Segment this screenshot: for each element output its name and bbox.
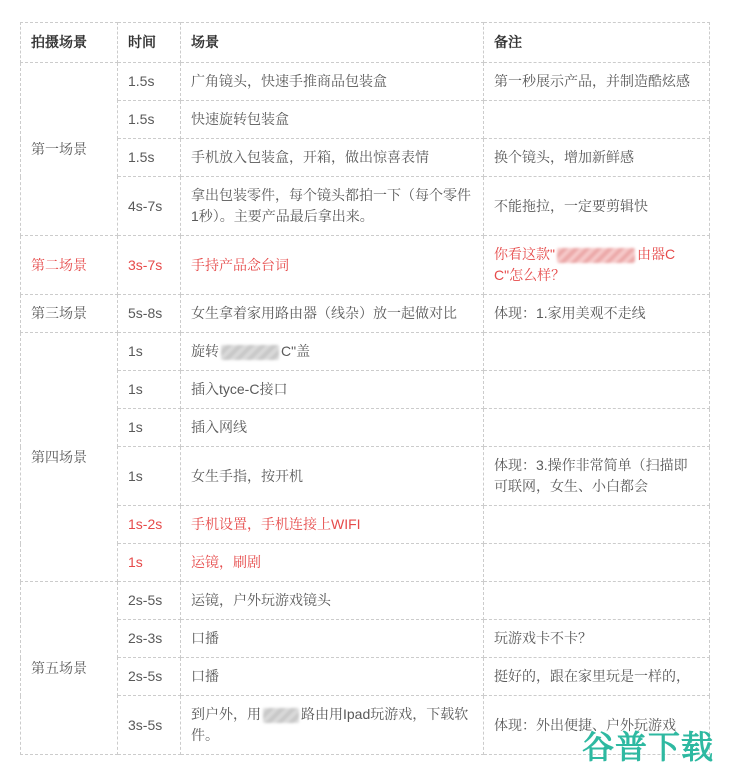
table-row: 第二场景3s-7s手持产品念台词你看这款"由器CC"怎么样？ [21, 236, 710, 295]
table-row: 第一场景1.5s广角镜头，快速手推商品包装盒第一秒展示产品，并制造酷炫感 [21, 63, 710, 101]
table-row: 2s-3s口播玩游戏卡不卡？ [21, 620, 710, 658]
table-body: 第一场景1.5s广角镜头，快速手推商品包装盒第一秒展示产品，并制造酷炫感1.5s… [21, 63, 710, 755]
time-cell: 1s [118, 333, 181, 371]
table-row: 1s插入网线 [21, 409, 710, 447]
scene-group-cell: 第一场景 [21, 63, 118, 236]
scene-cell: 旋转C"盖 [181, 333, 484, 371]
table-row: 第五场景2s-5s运镜，户外玩游戏镜头 [21, 582, 710, 620]
redacted-blur [557, 248, 635, 263]
scene-cell: 女生拿着家用路由器（线杂）放一起做对比 [181, 295, 484, 333]
scene-cell: 快速旋转包装盒 [181, 101, 484, 139]
note-cell [484, 544, 710, 582]
scene-group-cell: 第二场景 [21, 236, 118, 295]
scene-cell: 女生手指，按开机 [181, 447, 484, 506]
note-cell [484, 333, 710, 371]
scene-cell: 插入tyce-C接口 [181, 371, 484, 409]
time-cell: 1.5s [118, 101, 181, 139]
redacted-blur [263, 708, 299, 723]
note-cell [484, 409, 710, 447]
note-cell: 不能拖拉，一定要剪辑快 [484, 177, 710, 236]
time-cell: 3s-7s [118, 236, 181, 295]
scene-cell: 广角镜头，快速手推商品包装盒 [181, 63, 484, 101]
scene-cell: 拿出包装零件，每个镜头都拍一下（每个零件1秒）。主要产品最后拿出来。 [181, 177, 484, 236]
scene-cell: 口播 [181, 620, 484, 658]
time-cell: 1.5s [118, 139, 181, 177]
note-cell: 换个镜头，增加新鲜感 [484, 139, 710, 177]
note-cell: 挺好的，跟在家里玩是一样的， [484, 658, 710, 696]
scene-cell: 手机设置，手机连接上WIFI [181, 506, 484, 544]
table-row: 1s女生手指，按开机体现：3.操作非常简单（扫描即可联网，女生、小白都会 [21, 447, 710, 506]
header-scene: 场景 [181, 23, 484, 63]
note-cell: 体现：1.家用美观不走线 [484, 295, 710, 333]
note-cell [484, 582, 710, 620]
table-row: 2s-5s口播挺好的，跟在家里玩是一样的， [21, 658, 710, 696]
note-cell [484, 371, 710, 409]
table-row: 4s-7s拿出包装零件，每个镜头都拍一下（每个零件1秒）。主要产品最后拿出来。不… [21, 177, 710, 236]
header-shooting-scene: 拍摄场景 [21, 23, 118, 63]
table-row: 第四场景1s旋转C"盖 [21, 333, 710, 371]
time-cell: 1s [118, 544, 181, 582]
note-cell [484, 506, 710, 544]
table-row: 1s-2s手机设置，手机连接上WIFI [21, 506, 710, 544]
note-cell: 玩游戏卡不卡？ [484, 620, 710, 658]
note-cell: 你看这款"由器CC"怎么样？ [484, 236, 710, 295]
header-note: 备注 [484, 23, 710, 63]
site-watermark: 谷普下载 [582, 722, 714, 768]
redacted-blur [221, 345, 279, 360]
note-cell: 体现：3.操作非常简单（扫描即可联网，女生、小白都会 [484, 447, 710, 506]
shooting-script-table: 拍摄场景 时间 场景 备注 第一场景1.5s广角镜头，快速手推商品包装盒第一秒展… [20, 22, 710, 755]
table-row: 1.5s手机放入包装盒，开箱，做出惊喜表情换个镜头，增加新鲜感 [21, 139, 710, 177]
header-time: 时间 [118, 23, 181, 63]
scene-cell: 插入网线 [181, 409, 484, 447]
table-row: 1s运镜，刷剧 [21, 544, 710, 582]
time-cell: 1s [118, 371, 181, 409]
scene-group-cell: 第四场景 [21, 333, 118, 582]
time-cell: 2s-3s [118, 620, 181, 658]
time-cell: 2s-5s [118, 582, 181, 620]
scene-cell: 运镜，刷剧 [181, 544, 484, 582]
time-cell: 1s [118, 409, 181, 447]
table-row: 第三场景5s-8s女生拿着家用路由器（线杂）放一起做对比体现：1.家用美观不走线 [21, 295, 710, 333]
note-cell [484, 101, 710, 139]
scene-cell: 手机放入包装盒，开箱，做出惊喜表情 [181, 139, 484, 177]
time-cell: 2s-5s [118, 658, 181, 696]
scene-group-cell: 第五场景 [21, 582, 118, 755]
scene-cell: 运镜，户外玩游戏镜头 [181, 582, 484, 620]
table-row: 1.5s快速旋转包装盒 [21, 101, 710, 139]
time-cell: 1.5s [118, 63, 181, 101]
time-cell: 4s-7s [118, 177, 181, 236]
time-cell: 3s-5s [118, 696, 181, 755]
scene-cell: 口播 [181, 658, 484, 696]
header-row: 拍摄场景 时间 场景 备注 [21, 23, 710, 63]
time-cell: 5s-8s [118, 295, 181, 333]
table-row: 1s插入tyce-C接口 [21, 371, 710, 409]
time-cell: 1s-2s [118, 506, 181, 544]
table-header: 拍摄场景 时间 场景 备注 [21, 23, 710, 63]
scene-cell: 到户外，用路由用Ipad玩游戏，下载软件。 [181, 696, 484, 755]
scene-cell: 手持产品念台词 [181, 236, 484, 295]
scene-group-cell: 第三场景 [21, 295, 118, 333]
note-cell: 第一秒展示产品，并制造酷炫感 [484, 63, 710, 101]
time-cell: 1s [118, 447, 181, 506]
